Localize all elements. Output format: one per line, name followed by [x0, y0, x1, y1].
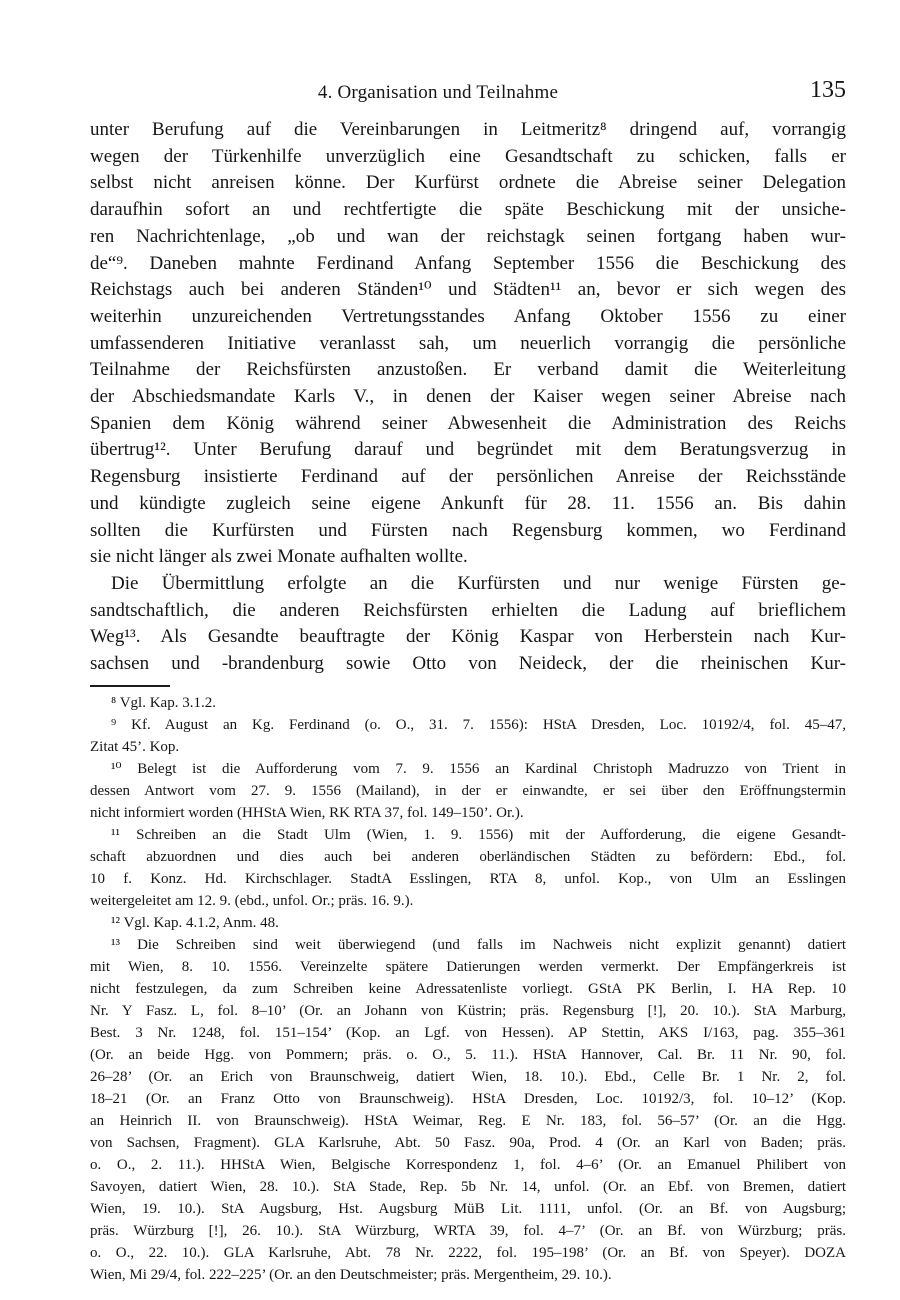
- text-line: weitergeleitet am 12. 9. (ebd., unfol. O…: [90, 890, 846, 912]
- text-line: (Or. an beide Hgg. von Pommern; präs. o.…: [90, 1044, 846, 1066]
- text-line: daraufhin sofort an und rechtfertigte di…: [90, 197, 846, 224]
- text-line: ren Nachrichtenlage, „ob und wan der rei…: [90, 224, 846, 251]
- text-line: 10 f. Konz. Hd. Kirchschlager. StadtA Es…: [90, 868, 846, 890]
- text-line: Weg¹³. Als Gesandte beauftragte der Köni…: [90, 624, 846, 651]
- text-line: Die Übermittlung erfolgte an die Kurfürs…: [90, 571, 846, 598]
- text-line: ⁹ Kf. August an Kg. Ferdinand (o. O., 31…: [90, 714, 846, 736]
- running-header: 4. Organisation und Teilnahme 135: [90, 80, 846, 110]
- paragraph-uebermittlung: Die Übermittlung erfolgte an die Kurfürs…: [90, 571, 846, 678]
- text-line: dessen Antwort vom 27. 9. 1556 (Mailand)…: [90, 780, 846, 802]
- footnotes: ⁸ Vgl. Kap. 3.1.2. ⁹ Kf. August an Kg. F…: [90, 692, 846, 1286]
- text-line: 26–28’ (Or. an Erich von Braunschweig, d…: [90, 1066, 846, 1088]
- text-line: Reichstags auch bei anderen Ständen¹⁰ un…: [90, 277, 846, 304]
- text-line: Regensburg insistierte Ferdinand auf der…: [90, 464, 846, 491]
- text-line: weiterhin unzureichenden Vertretungsstan…: [90, 304, 846, 331]
- text-line: Wien, 19. 10.). StA Augsburg, Hst. Augsb…: [90, 1198, 846, 1220]
- text-line: Spanien dem König während seiner Abwesen…: [90, 411, 846, 438]
- text-line: de“⁹. Daneben mahnte Ferdinand Anfang Se…: [90, 251, 846, 278]
- text-line: wegen der Türkenhilfe unverzüglich eine …: [90, 144, 846, 171]
- text-line: Zitat 45’. Kop.: [90, 736, 846, 758]
- text-line: ¹¹ Schreiben an die Stadt Ulm (Wien, 1. …: [90, 824, 846, 846]
- text-line: o. O., 22. 10.). GLA Karlsruhe, Abt. 78 …: [90, 1242, 846, 1264]
- text-line: präs. Würzburg [!], 26. 10.). StA Würzbu…: [90, 1220, 846, 1242]
- footnote-separator: [90, 685, 170, 687]
- text-line: von Sachsen, Fragment). GLA Karlsruhe, A…: [90, 1132, 846, 1154]
- text-line: schaft abzuordnen und dies auch bei ande…: [90, 846, 846, 868]
- body-text: unter Berufung auf die Vereinbarungen in…: [90, 117, 846, 678]
- footnote-8: ⁸ Vgl. Kap. 3.1.2.: [90, 692, 846, 714]
- text-line: o. O., 2. 11.). HHStA Wien, Belgische Ko…: [90, 1154, 846, 1176]
- footnote-10: ¹⁰ Belegt ist die Aufforderung vom 7. 9.…: [90, 758, 846, 824]
- paragraph-main: unter Berufung auf die Vereinbarungen in…: [90, 117, 846, 571]
- text-line: Teilnahme der Reichsfürsten anzustoßen. …: [90, 357, 846, 384]
- text-line: Savoyen, datiert Wien, 28. 10.). StA Sta…: [90, 1176, 846, 1198]
- text-line: an Heinrich II. von Braunschweig). HStA …: [90, 1110, 846, 1132]
- text-line: ⁸ Vgl. Kap. 3.1.2.: [90, 692, 846, 714]
- text-block: 4. Organisation und Teilnahme 135 unter …: [90, 0, 846, 1300]
- text-line: ¹² Vgl. Kap. 4.1.2, Anm. 48.: [90, 912, 846, 934]
- text-line: umfassenderen Initiative veranlasst sah,…: [90, 331, 846, 358]
- text-line: Wien, Mi 29/4, fol. 222–225’ (Or. an den…: [90, 1264, 846, 1286]
- text-line: 18–21 (Or. an Franz Otto von Braunschwei…: [90, 1088, 846, 1110]
- text-line: Best. 3 Nr. 1248, fol. 151–154’ (Kop. an…: [90, 1022, 846, 1044]
- page-number: 135: [810, 77, 846, 104]
- text-line: nicht informiert worden (HHStA Wien, RK …: [90, 802, 846, 824]
- book-page: 4. Organisation und Teilnahme 135 unter …: [0, 0, 900, 1300]
- text-line: sandtschaftlich, die anderen Reichsfürst…: [90, 598, 846, 625]
- text-line: ¹⁰ Belegt ist die Aufforderung vom 7. 9.…: [90, 758, 846, 780]
- footnote-12: ¹² Vgl. Kap. 4.1.2, Anm. 48.: [90, 912, 846, 934]
- text-line: sie nicht länger als zwei Monate aufhalt…: [90, 544, 846, 571]
- text-line: selbst nicht anreisen könne. Der Kurfürs…: [90, 170, 846, 197]
- text-line: übertrug¹². Unter Berufung darauf und be…: [90, 437, 846, 464]
- footnote-9: ⁹ Kf. August an Kg. Ferdinand (o. O., 31…: [90, 714, 846, 758]
- footnote-13: ¹³ Die Schreiben sind weit überwiegend (…: [90, 934, 846, 1286]
- footnote-11: ¹¹ Schreiben an die Stadt Ulm (Wien, 1. …: [90, 824, 846, 912]
- text-line: Nr. Y Fasz. L, fol. 8–10’ (Or. an Johann…: [90, 1000, 846, 1022]
- text-line: sollten die Kurfürsten und Fürsten nach …: [90, 518, 846, 545]
- text-line: unter Berufung auf die Vereinbarungen in…: [90, 117, 846, 144]
- text-line: mit Wien, 8. 10. 1556. Vereinzelte späte…: [90, 956, 846, 978]
- text-line: sachsen und -brandenburg sowie Otto von …: [90, 651, 846, 678]
- chapter-header: 4. Organisation und Teilnahme: [90, 82, 786, 104]
- text-line: ¹³ Die Schreiben sind weit überwiegend (…: [90, 934, 846, 956]
- text-line: und kündigte zugleich seine eigene Ankun…: [90, 491, 846, 518]
- text-line: nicht festzulegen, da zum Schreiben kein…: [90, 978, 846, 1000]
- text-line: der Abschiedsmandate Karls V., in denen …: [90, 384, 846, 411]
